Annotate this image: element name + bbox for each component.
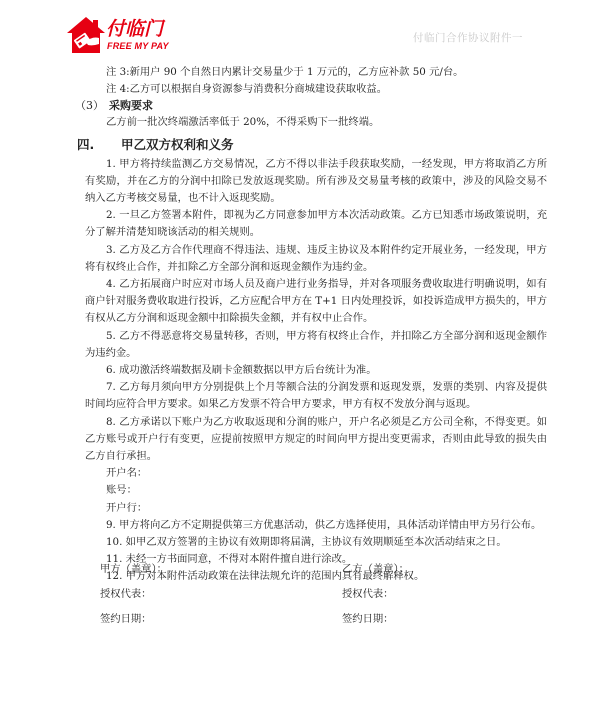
clause-10: 10. 如甲乙双方签署的主协议有效期即将届满，主协议有效期顺延至本次活动结束之日… xyxy=(85,534,547,551)
note-4: 注 4:乙方可以根据自身资源参与消费积分商城建设获取收益。 xyxy=(85,81,547,98)
company-logo: 付临门 FREE MY PAY xyxy=(66,16,186,56)
clause-2: 2. 一旦乙方签署本附件，即视为乙方同意参加甲方本次活动政策。乙方已知悉市场政策… xyxy=(85,207,547,241)
page-header: 付临门 FREE MY PAY 付临门合作协议附件一 xyxy=(0,0,608,60)
party-b-representative-label: 授权代表： xyxy=(342,585,393,600)
clause-1: 1. 甲方将持续监测乙方交易情况，乙方不得以非法手段获取奖励，一经发现，甲方将取… xyxy=(85,156,547,208)
signature-block: 甲方（盖章）： 乙方（盖章）： 授权代表： 授权代表： 签约日期： 签约日期： xyxy=(100,560,520,635)
section-3-heading: （3）采购要求 xyxy=(75,98,547,114)
clause-3: 3. 乙方及乙方合作代理商不得违法、违规、违反主协议及本附件约定开展业务，一经发… xyxy=(85,242,547,276)
document-header-title: 付临门合作协议附件一 xyxy=(413,30,523,45)
clause-8: 8. 乙方承诺以下账户为乙方收取返现和分润的账户，开户名必须是乙方公司全称，不得… xyxy=(85,414,547,466)
account-bank-field: 开户行： xyxy=(85,500,547,517)
clause-7: 7. 乙方每月须向甲方分别提供上个月等额合法的分润发票和返现发票，发票的类别、内… xyxy=(85,379,547,413)
section-4-title: 甲乙双方权利和义务 xyxy=(121,137,234,152)
party-a-seal-label: 甲方（盖章）： xyxy=(100,560,167,575)
logo-english-text: FREE MY PAY xyxy=(107,41,169,52)
account-name-field: 开户名： xyxy=(85,465,547,482)
section-3-title: 采购要求 xyxy=(109,99,153,112)
party-b-date-label: 签约日期： xyxy=(342,610,393,625)
house-card-icon xyxy=(66,16,106,54)
party-b-seal-label: 乙方（盖章）： xyxy=(342,560,409,575)
clause-4: 4. 乙方拓展商户时应对市场人员及商户进行业务指导，并对各项服务费收取进行明确说… xyxy=(85,276,547,328)
section-4-number: 四. xyxy=(77,135,121,155)
document-body: 注 3:新用户 90 个自然日内累计交易量少于 1 万元的，乙方应补款 50 元… xyxy=(85,64,547,586)
party-a-representative-label: 授权代表： xyxy=(100,585,151,600)
logo-chinese-text: 付临门 xyxy=(106,18,163,40)
section-3-body: 乙方前一批次终端激活率低于 20%，不得采购下一批终端。 xyxy=(85,114,547,131)
clause-6: 6. 成功激活终端数据及刷卡金额数据以甲方后台统计为准。 xyxy=(85,362,547,379)
section-4-heading: 四.甲乙双方权利和义务 xyxy=(77,135,547,155)
section-3-number: （3） xyxy=(75,98,109,114)
note-3: 注 3:新用户 90 个自然日内累计交易量少于 1 万元的，乙方应补款 50 元… xyxy=(85,64,547,81)
clause-9: 9. 甲方将向乙方不定期提供第三方优惠活动，供乙方选择使用，具体活动详情由甲方另… xyxy=(85,517,547,534)
party-a-date-label: 签约日期： xyxy=(100,610,151,625)
account-number-field: 账号： xyxy=(85,482,547,499)
clause-5: 5. 乙方不得恶意将交易量转移，否则，甲方将有权终止合作，并扣除乙方全部分润和返… xyxy=(85,328,547,362)
